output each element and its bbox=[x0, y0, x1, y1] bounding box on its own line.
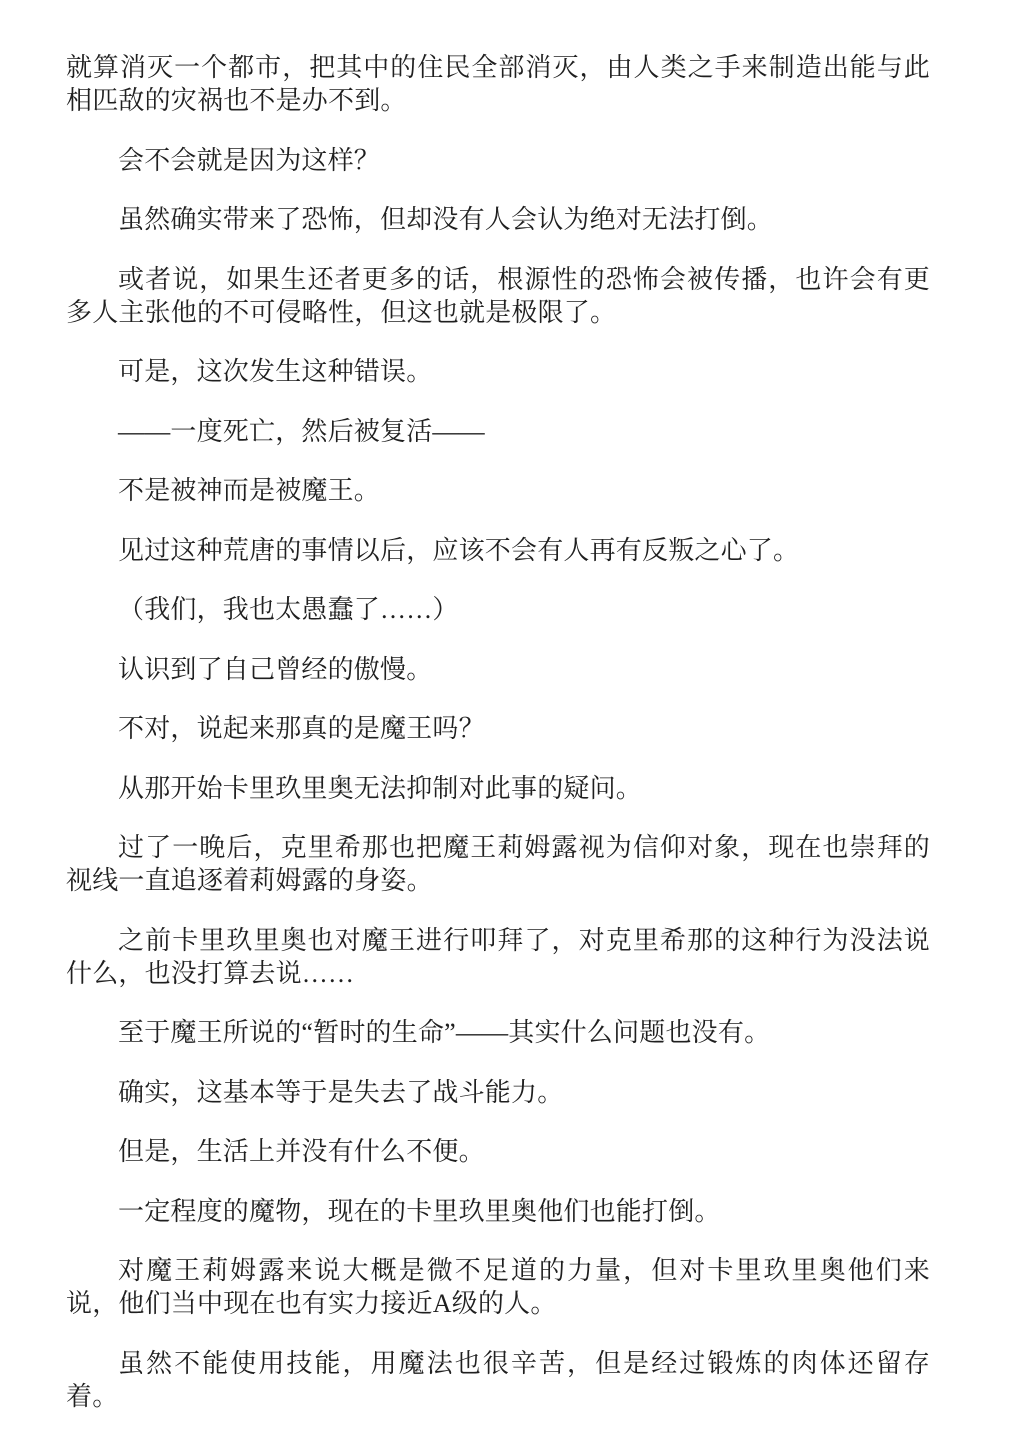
paragraph: 之前卡里玖里奥也对魔王进行叩拜了，对克里希那的这种行为没法说什么，也没打算去说…… bbox=[66, 924, 930, 990]
paragraph: 对魔王莉姆露来说大概是微不足道的力量，但对卡里玖里奥他们来说，他们当中现在也有实… bbox=[66, 1254, 930, 1320]
paragraph: 过了一晚后，克里希那也把魔王莉姆露视为信仰对象，现在也崇拜的视线一直追逐着莉姆露… bbox=[66, 831, 930, 897]
text-content: 就算消灭一个都市，把其中的住民全部消灭，由人类之手来制造出能与此相匹敌的灾祸也不… bbox=[66, 51, 930, 1413]
paragraph: 确实，这基本等于是失去了战斗能力。 bbox=[66, 1076, 930, 1109]
paragraph: 或者说，如果生还者更多的话，根源性的恐怖会被传播，也许会有更多人主张他的不可侵略… bbox=[66, 263, 930, 329]
paragraph: 虽然确实带来了恐怖，但却没有人会认为绝对无法打倒。 bbox=[66, 203, 930, 236]
paragraph: （我们，我也太愚蠢了……） bbox=[66, 593, 930, 626]
paragraph: 至于魔王所说的“暂时的生命”——其实什么问题也没有。 bbox=[66, 1016, 930, 1049]
paragraph: 可是，这次发生这种错误。 bbox=[66, 355, 930, 388]
paragraph: 见过这种荒唐的事情以后，应该不会有人再有反叛之心了。 bbox=[66, 534, 930, 567]
paragraph: 会不会就是因为这样？ bbox=[66, 144, 930, 177]
paragraph: 不对，说起来那真的是魔王吗？ bbox=[66, 712, 930, 745]
paragraph: 就算消灭一个都市，把其中的住民全部消灭，由人类之手来制造出能与此相匹敌的灾祸也不… bbox=[66, 51, 930, 117]
document-page: 就算消灭一个都市，把其中的住民全部消灭，由人类之手来制造出能与此相匹敌的灾祸也不… bbox=[0, 0, 1017, 1437]
paragraph: 一定程度的魔物，现在的卡里玖里奥他们也能打倒。 bbox=[66, 1195, 930, 1228]
paragraph: 虽然不能使用技能，用魔法也很辛苦，但是经过锻炼的肉体还留存着。 bbox=[66, 1347, 930, 1413]
paragraph: 但是，生活上并没有什么不便。 bbox=[66, 1135, 930, 1168]
paragraph: 认识到了自己曾经的傲慢。 bbox=[66, 653, 930, 686]
paragraph: 不是被神而是被魔王。 bbox=[66, 474, 930, 507]
paragraph: ——一度死亡，然后被复活—— bbox=[66, 415, 930, 448]
paragraph: 从那开始卡里玖里奥无法抑制对此事的疑问。 bbox=[66, 772, 930, 805]
